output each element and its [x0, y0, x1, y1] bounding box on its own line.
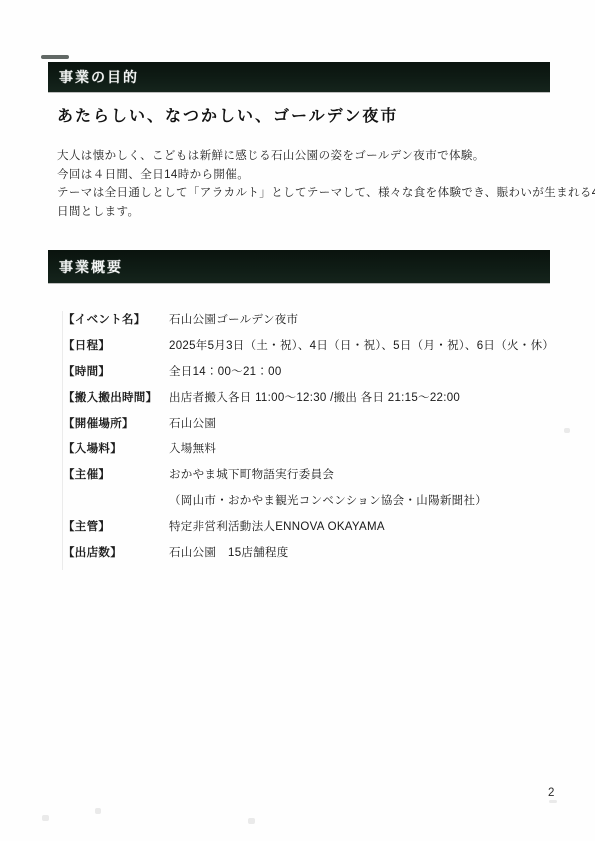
page-number: 2: [548, 787, 554, 799]
row-label: 【時間】: [63, 363, 169, 379]
row-value: おかやま城下町物語実行委員会: [169, 466, 334, 482]
section-header-overview: 事業概要: [48, 250, 550, 283]
table-row-organizer-detail: （岡山市・おかやま観光コンベンション協会・山陽新聞社）: [63, 492, 553, 518]
table-row-admission: 【入場料】 入場無料: [63, 440, 553, 466]
table-row-time: 【時間】 全日14：00～21：00: [63, 363, 553, 389]
row-label: 【出店数】: [63, 544, 169, 560]
event-title: あたらしい、なつかしい、ゴールデン夜市: [57, 103, 398, 126]
row-value: 出店者搬入各日 11:00～12:30 /搬出 各日 21:15～22:00: [169, 389, 460, 405]
purpose-body-line: 今回は４日間、全日14時から開催。: [57, 166, 537, 185]
row-label: 【主催】: [63, 466, 169, 482]
row-value: 石山公園: [169, 415, 216, 431]
row-label: 【開催場所】: [63, 415, 169, 431]
row-label: 【日程】: [63, 337, 169, 353]
table-row-management: 【主管】 特定非営利活動法人ENNOVA OKAYAMA: [63, 518, 553, 544]
scan-artifact: [564, 428, 570, 433]
purpose-body-line: 大人は懐かしく、こどもは新鮮に感じる石山公園の姿をゴールデン夜市で体験。: [57, 147, 537, 166]
overview-table: 【イベント名】 石山公園ゴールデン夜市 【日程】 2025年5月3日（土・祝）、…: [62, 311, 553, 570]
row-value: 特定非営利活動法人ENNOVA OKAYAMA: [169, 518, 385, 534]
row-label: 【入場料】: [63, 440, 169, 456]
table-row-stall-count: 【出店数】 石山公園 15店舗程度: [63, 544, 553, 570]
scan-artifact: [95, 808, 101, 814]
row-value: 石山公園 15店舗程度: [169, 544, 289, 560]
row-value: 石山公園ゴールデン夜市: [169, 311, 298, 327]
row-value: 2025年5月3日（土・祝）、4日（日・祝）、5日（月・祝）、6日（火・休）: [169, 337, 554, 353]
scan-artifact: [42, 815, 49, 821]
scan-artifact: [549, 800, 557, 803]
row-value: 全日14：00～21：00: [169, 363, 282, 379]
section-header-purpose: 事業の目的: [48, 62, 550, 92]
row-value: 入場無料: [169, 440, 216, 456]
table-row-venue: 【開催場所】 石山公園: [63, 415, 553, 441]
row-value: （岡山市・おかやま観光コンベンション協会・山陽新聞社）: [169, 492, 487, 508]
row-label: 【搬入搬出時間】: [63, 389, 169, 405]
purpose-body-line: 日間とします。: [57, 203, 537, 222]
row-label: 【イベント名】: [63, 311, 169, 327]
section-header-overview-label: 事業概要: [48, 257, 123, 277]
table-row-organizer: 【主催】 おかやま城下町物語実行委員会: [63, 466, 553, 492]
table-row-dates: 【日程】 2025年5月3日（土・祝）、4日（日・祝）、5日（月・祝）、6日（火…: [63, 337, 553, 363]
row-label: 【主管】: [63, 518, 169, 534]
purpose-body-line: テーマは全日通しとして「アラカルト」としてテーマして、様々な食を体験でき、賑わい…: [57, 184, 537, 203]
table-row-load-times: 【搬入搬出時間】 出店者搬入各日 11:00～12:30 /搬出 各日 21:1…: [63, 389, 553, 415]
scan-artifact: [41, 55, 69, 59]
purpose-body: 大人は懐かしく、こどもは新鮮に感じる石山公園の姿をゴールデン夜市で体験。 今回は…: [57, 147, 537, 221]
document-page: 事業の目的 あたらしい、なつかしい、ゴールデン夜市 大人は懐かしく、こどもは新鮮…: [0, 0, 595, 841]
table-row-event-name: 【イベント名】 石山公園ゴールデン夜市: [63, 311, 553, 337]
section-header-purpose-label: 事業の目的: [48, 67, 139, 87]
scan-artifact: [248, 818, 255, 824]
